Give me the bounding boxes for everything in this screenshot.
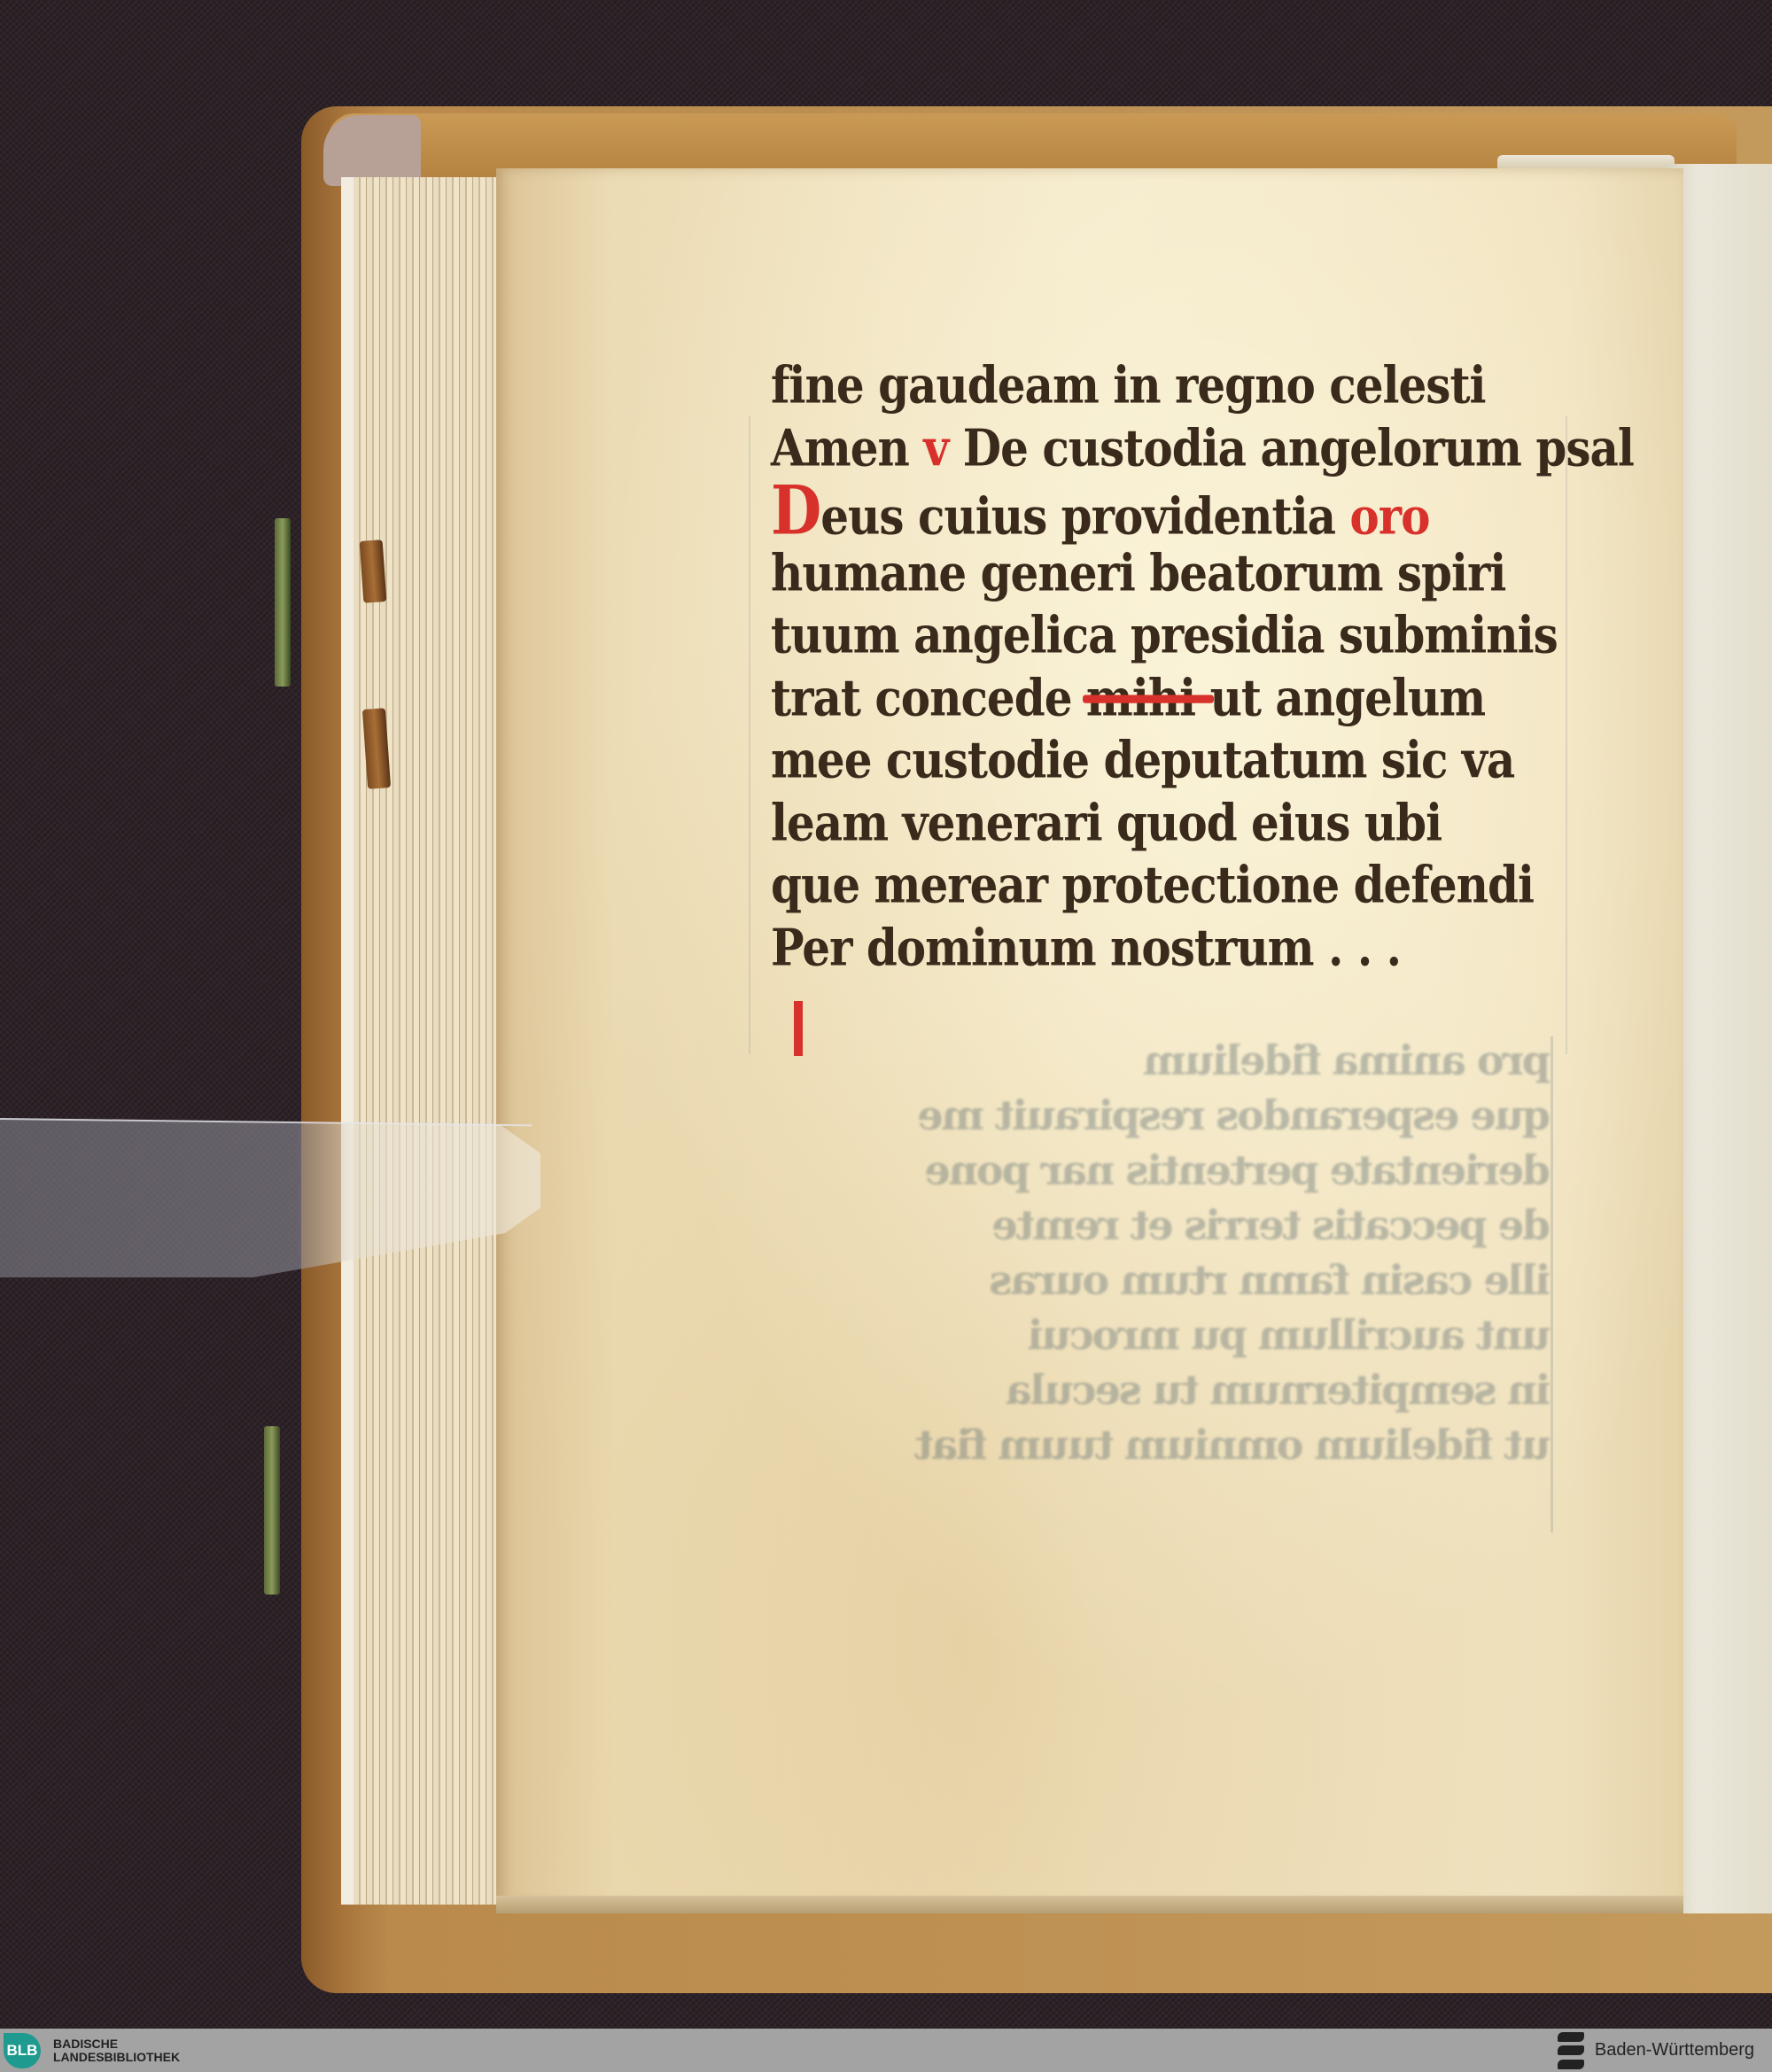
text-line-3: Deus cuius providentia oro xyxy=(771,475,1586,547)
text-line-5: tuum angelica presidia subminis xyxy=(771,600,1586,671)
show-through-line: in sempiternum tu secula xyxy=(727,1366,1550,1421)
text-line-8: leam venerari quod eius ubi xyxy=(771,787,1586,858)
show-through-line: ille casin famn rtum ouras xyxy=(727,1256,1550,1311)
three-lions-coat-of-arms-icon xyxy=(1558,2032,1584,2069)
blb-branding[interactable]: BLB BADISCHE LANDESBIBLIOTHEK xyxy=(0,2033,180,2068)
text-line-7: mee custodie deputatum sic va xyxy=(771,725,1586,796)
show-through-line: ut fidelium omnium tuum fiat xyxy=(727,1421,1550,1476)
text-line-9: que merear protectione defendi xyxy=(771,850,1586,921)
rubric-paraph-stroke xyxy=(794,1001,803,1056)
show-through-line: de peccatis terris et remte xyxy=(727,1201,1550,1256)
clasp-lower xyxy=(264,1426,280,1595)
page-bottom-edge xyxy=(496,1896,1683,1913)
text-line-6: trat concede mihi ut angelum xyxy=(771,662,1586,733)
show-through-line: unt aucrillum pu mrocui xyxy=(727,1311,1550,1366)
cover-corner-repair xyxy=(323,115,421,186)
show-through-line: derientate pertentis nar pone xyxy=(727,1146,1550,1201)
clasp-upper xyxy=(275,518,291,687)
institution-name: BADISCHE LANDESBIBLIOTHEK xyxy=(53,2037,180,2064)
bw-branding[interactable]: Baden-Württemberg xyxy=(1558,2032,1754,2069)
show-through-text: pro anima fidelium que esperandos respir… xyxy=(727,1036,1553,1533)
text-line-10: Per dominum nostrum . . . xyxy=(771,912,1586,983)
viewer-footer: BLB BADISCHE LANDESBIBLIOTHEK Baden-Würt… xyxy=(0,2029,1772,2072)
leather-tab-1 xyxy=(360,539,387,603)
show-through-line: que esperandos respirauit me xyxy=(727,1091,1550,1146)
rubric-versicle-mark: v xyxy=(923,417,948,477)
blb-logo-icon: BLB xyxy=(4,2033,41,2068)
struck-word: mihi xyxy=(1086,667,1210,727)
text-line-4: humane generi beatorum spiri xyxy=(771,537,1586,609)
text-line-1: fine gaudeam in regno celesti xyxy=(771,350,1586,422)
manuscript-text: fine gaudeam in regno celesti Amen v De … xyxy=(771,354,1586,979)
show-through-line: pro anima fidelium xyxy=(727,1036,1550,1091)
sponsor-name: Baden-Württemberg xyxy=(1595,2040,1754,2060)
text-line-2: Amen v De custodia angelorum psal xyxy=(771,412,1586,484)
